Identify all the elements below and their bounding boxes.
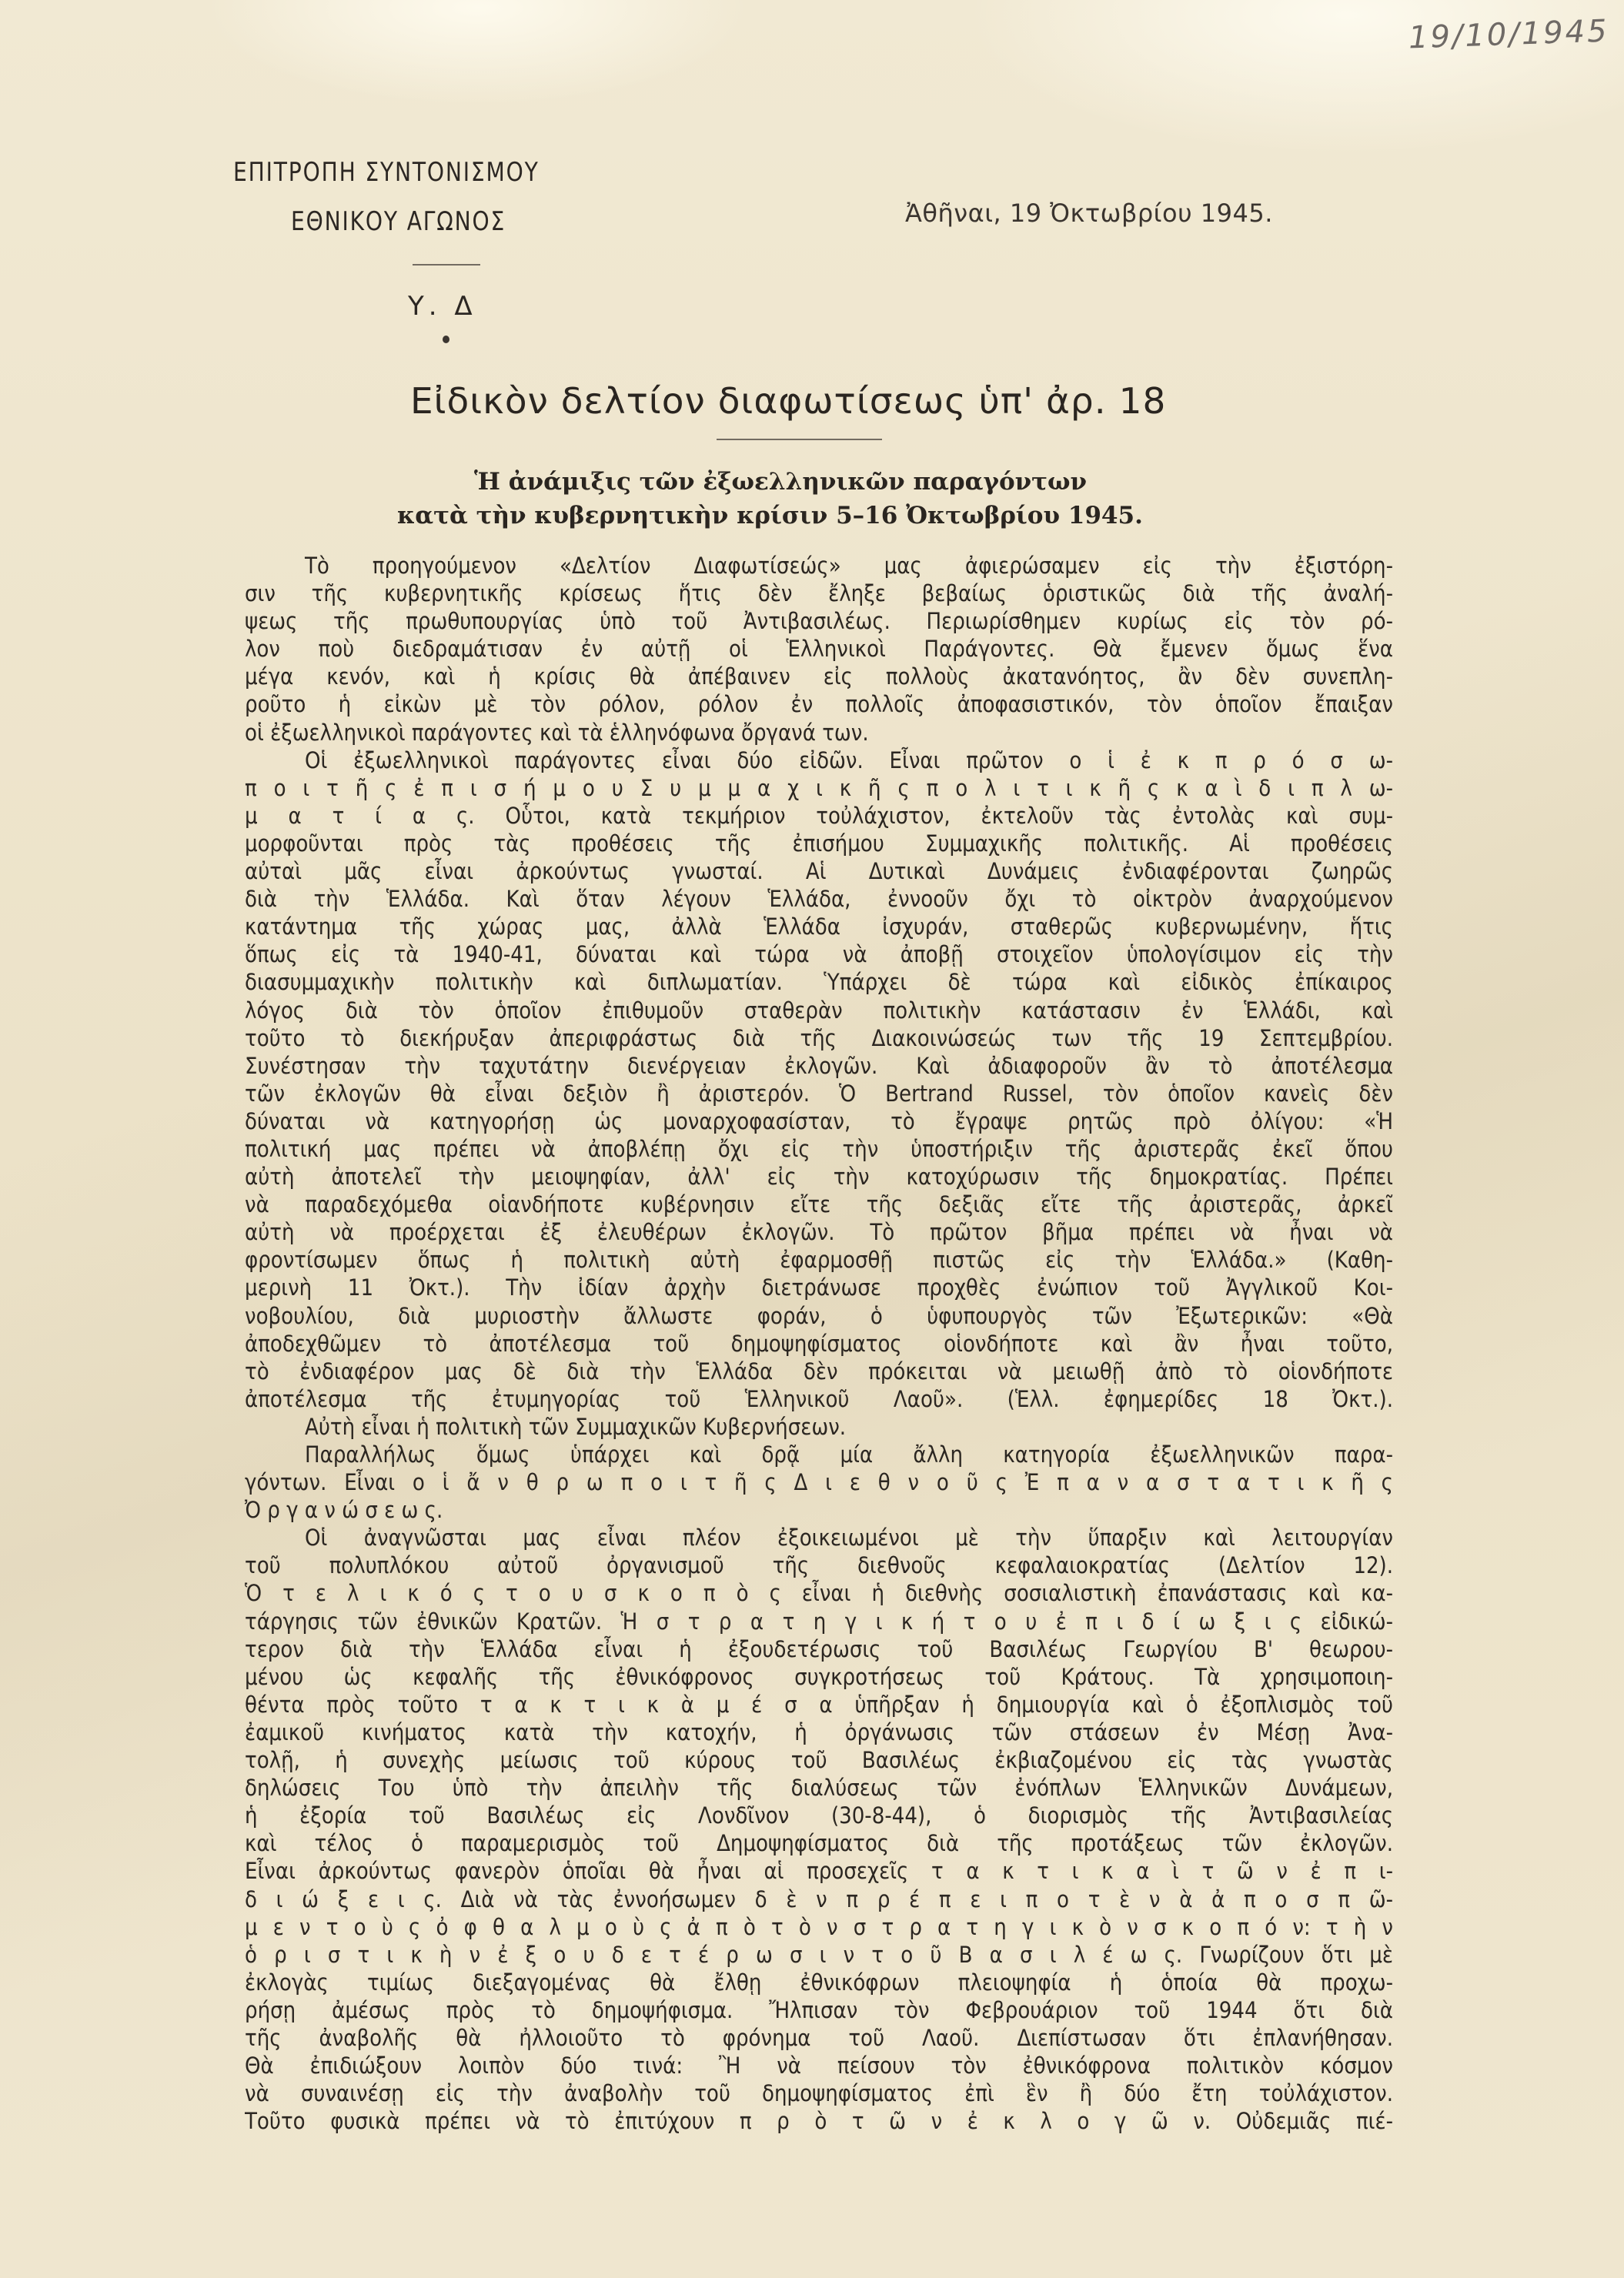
body-line: π ο ι τ ῆ ς ἐ π ι σ ή μ ο υ Σ υ μ μ α χ … [245, 774, 1393, 802]
body-line: ρήσῃ ἀμέσως πρὸς τὸ δημοψήφισμα. Ἤλπισαν… [245, 1996, 1393, 2024]
body-line: Τοῦτο φυσικὰ πρέπει νὰ τὸ ἐπιτύχουν π ρ … [245, 2107, 1393, 2135]
body-line: τοῦτο τὸ διεκήρυξαν ἀπεριφράστως διὰ τῆς… [245, 1024, 1393, 1052]
body-line: τολῇ, ἡ συνεχὴς μείωσις τοῦ κύρους τοῦ Β… [245, 1746, 1393, 1774]
handwritten-date-note: 19/10/1945 [1408, 13, 1609, 55]
organization-name-line-2: ΕΘΝΙΚΟΥ ΑΓΩΝΟΣ [291, 206, 506, 237]
body-line: ροῦτο ἡ εἰκὼν μὲ τὸν ρόλον, ρόλον ἐν πολ… [245, 690, 1393, 718]
body-line: τῆς ἀναβολῆς θὰ ἠλλοιοῦτο τὸ φρόνημα τοῦ… [245, 2024, 1393, 2052]
body-line: μορφοῦνται πρὸς τὰς προθέσεις τῆς ἐπισήμ… [245, 830, 1393, 857]
body-line: καὶ τέλος ὁ παραμερισμὸς τοῦ Δημοψηφίσμα… [245, 1829, 1393, 1857]
header-divider [413, 264, 480, 266]
body-line: δηλώσεις Του ὑπὸ τὴν ἀπειλὴν τῆς διαλύσε… [245, 1774, 1393, 1802]
body-line: αὐταὶ μᾶς εἶναι ἀρκούντως γνωσταί. Αἱ Δυ… [245, 857, 1393, 885]
body-line: ἀποδεχθῶμεν τὸ ἀποτέλεσμα τοῦ δημοψηφίσμ… [245, 1330, 1393, 1358]
subtitle-line-2: κατὰ τὴν κυβερνητικὴν κρίσιν 5–16 Ὀκτωβρ… [397, 502, 1143, 529]
document-page: 19/10/1945 ΕΠΙΤΡΟΠΗ ΣΥΝΤΟΝΙΣΜΟΥ ΕΘΝΙΚΟΥ … [0, 0, 1624, 2278]
body-line: μ α τ ί α ς. Οὗτοι, κατὰ τεκμήριον τοὐλά… [245, 802, 1393, 830]
body-line: νὰ παραδεχόμεθα οἱανδήποτε κυβέρνησιν εἴ… [245, 1191, 1393, 1218]
body-line: αὐτὴ νὰ προέρχεται ἐξ ἐλευθέρων ἐκλογῶν.… [245, 1218, 1393, 1246]
body-line: ὅπως εἰς τὰ 1940-41, δύναται καὶ τώρα νὰ… [245, 940, 1393, 968]
body-line: λόγος διὰ τὸν ὁποῖον ἐπιθυμοῦν σταθερὰν … [245, 997, 1393, 1024]
department-code: Υ. Δ [408, 291, 477, 322]
body-line: διὰ τὴν Ἑλλάδα. Καὶ ὅταν λέγουν Ἑλλάδα, … [245, 885, 1393, 913]
body-line: τάργησις τῶν ἐθνικῶν Κρατῶν. Ἡ σ τ ρ α τ… [245, 1608, 1393, 1635]
body-line: λον ποὺ διεδραμάτισαν ἐν αὐτῇ οἱ Ἑλληνικ… [245, 635, 1393, 663]
body-line: Παραλλήλως ὅμως ὑπάρχει καὶ δρᾷ μία ἄλλη… [245, 1441, 1393, 1468]
body-line: Οἱ ἀναγνῶσται μας εἶναι πλέον ἐξοικειωμέ… [245, 1524, 1393, 1552]
body-line: νὰ συναινέσῃ εἰς τὴν ἀναβολὴν τοῦ δημοψη… [245, 2079, 1393, 2107]
body-line: τὸ ἐνδιαφέρον μας δὲ διὰ τὴν Ἑλλάδα δὲν … [245, 1358, 1393, 1385]
body-line: ἐαμικοῦ κινήματος κατὰ τὴν κατοχήν, ἡ ὀρ… [245, 1719, 1393, 1746]
body-line: τερον διὰ τὴν Ἑλλάδα εἶναι ἡ ἐξουδετέρωσ… [245, 1635, 1393, 1663]
body-line: δύναται νὰ κατηγορήσῃ ὡς μοναρχοφασίσταν… [245, 1107, 1393, 1135]
body-line: νοβουλίου, διὰ μυριοστὴν ἄλλωστε φοράν, … [245, 1302, 1393, 1330]
body-line: θέντα πρὸς τοῦτο τ α κ τ ι κ ὰ μ έ σ α ὑ… [245, 1691, 1393, 1719]
body-line: αὐτὴ ἀποτελεῖ τὴν μειοψηφίαν, ἀλλ' εἰς τ… [245, 1163, 1393, 1191]
body-line: ψεως τῆς πρωθυπουργίας ὑπὸ τοῦ Ἀντιβασιλ… [245, 607, 1393, 635]
body-line: πολιτική μας πρέπει νὰ ἀποβλέπῃ ὄχι εἰς … [245, 1135, 1393, 1163]
body-line: Οἱ ἐξωελληνικοὶ παράγοντες εἶναι δύο εἰδ… [245, 747, 1393, 774]
body-line: Εἶναι ἀρκούντως φανερὸν ὁποῖαι θὰ ἦναι α… [245, 1857, 1393, 1885]
body-line: τοῦ πολυπλόκου αὐτοῦ ὀργανισμοῦ τῆς διεθ… [245, 1552, 1393, 1579]
body-line: τῶν ἐκλογῶν θὰ εἶναι δεξιὸν ἢ ἀριστερόν.… [245, 1080, 1393, 1107]
body-line: Ὀ ρ γ α ν ώ σ ε ω ς. [245, 1496, 1393, 1524]
body-line: μερινὴ 11 Ὀκτ.). Τὴν ἰδίαν ἀρχὴν διετράν… [245, 1274, 1393, 1301]
body-text: Τὸ προηγούμενον «Δελτίον Διαφωτίσεώς» μα… [245, 552, 1393, 2135]
body-line: ἀποτέλεσμα τῆς ἐτυμηγορίας τοῦ Ἑλληνικοῦ… [245, 1385, 1393, 1413]
body-line: φροντίσωμεν ὅπως ἡ πολιτικὴ αὐτὴ ἐφαρμοσ… [245, 1246, 1393, 1274]
body-line: μέγα κενόν, καὶ ἡ κρίσις θὰ ἀπέβαινεν εἰ… [245, 663, 1393, 690]
bullet-dot-icon [443, 336, 449, 343]
organization-name-line-1: ΕΠΙΤΡΟΠΗ ΣΥΝΤΟΝΙΣΜΟΥ [233, 157, 540, 188]
body-line: Αὐτὴ εἶναι ἡ πολιτικὴ τῶν Συμμαχικῶν Κυβ… [245, 1413, 1393, 1441]
place-and-date: Ἀθῆναι, 19 Ὀκτωβρίου 1945. [905, 199, 1273, 228]
body-line: Τὸ προηγούμενον «Δελτίον Διαφωτίσεώς» μα… [245, 552, 1393, 580]
body-line: γόντων. Εἶναι ο ἱ ἄ ν θ ρ ω π ο ι τ ῆ ς … [245, 1468, 1393, 1496]
title-divider [717, 439, 882, 440]
subtitle-line-1: Ἡ ἀνάμιξις τῶν ἐξωελληνικῶν παραγόντων [474, 468, 1087, 496]
body-line: ἐκλογὰς τιμίως διεξαγομένας θὰ ἔλθῃ ἐθνι… [245, 1969, 1393, 1996]
body-line: σιν τῆς κυβερνητικῆς κρίσεως ἥτις δὲν ἔλ… [245, 580, 1393, 607]
body-line: οἱ ἐξωελληνικοὶ παράγοντες καὶ τὰ ἑλληνό… [245, 719, 1393, 747]
body-line: μ ε ν τ ο ὺ ς ὀ φ θ α λ μ ο ὺ ς ἀ π ὸ τ … [245, 1913, 1393, 1941]
body-line: μένου ὡς κεφαλῆς τῆς ἐθνικόφρονος συγκρο… [245, 1663, 1393, 1691]
body-line: κατάντημα τῆς χώρας μας, ἀλλὰ Ἑλλάδα ἰσχ… [245, 913, 1393, 940]
body-line: ἡ ἐξορία τοῦ Βασιλέως εἰς Λονδῖνον (30-8… [245, 1802, 1393, 1829]
body-line: Ὁ τ ε λ ι κ ό ς τ ο υ σ κ ο π ὸ ς εἶναι … [245, 1579, 1393, 1607]
body-line: Θὰ ἐπιδιώξουν λοιπὸν δύο τινά: Ἢ νὰ πείσ… [245, 2052, 1393, 2079]
body-line: διασυμμαχικὴν πολιτικὴν καὶ διπλωματίαν.… [245, 968, 1393, 996]
body-line: ὁ ρ ι σ τ ι κ ὴ ν ἐ ξ ο υ δ ε τ έ ρ ω σ … [245, 1941, 1393, 1969]
body-line: δ ι ώ ξ ε ι ς. Διὰ νὰ τὰς ἐννοήσωμεν δ ὲ… [245, 1886, 1393, 1913]
bulletin-title: Εἰδικὸν δελτίον διαφωτίσεως ὑπ' ἀρ. 18 [410, 380, 1166, 422]
body-line: Συνέστησαν τὴν ταχυτάτην διενέργειαν ἐκλ… [245, 1052, 1393, 1080]
